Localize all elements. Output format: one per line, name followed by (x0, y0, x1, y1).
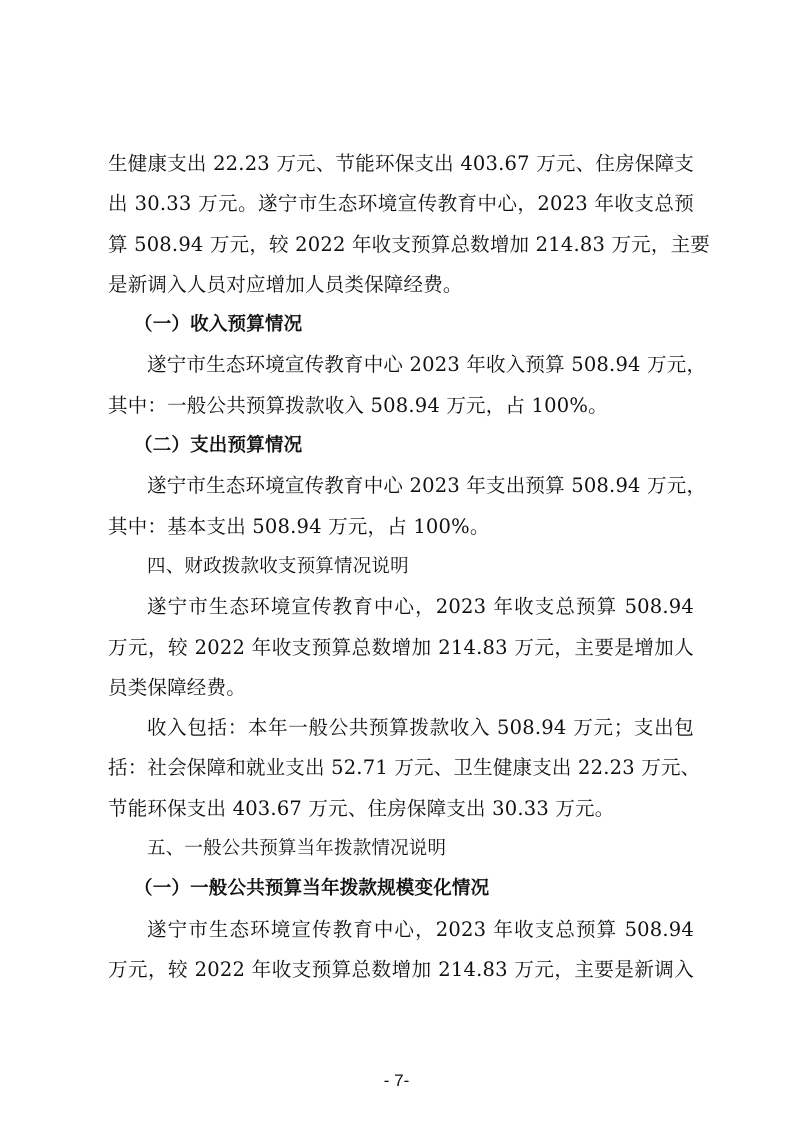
body-line: 遂宁市生态环境宣传教育中心 2023 年收入预算 508.94 万元， (108, 345, 694, 385)
body-line: 其中：一般公共预算拨款收入 508.94 万元，占 100%。 (108, 386, 694, 426)
body-line: 遂宁市生态环境宣传教育中心，2023 年收支总预算 508.94 (108, 587, 694, 627)
body-line: 是新调入人员对应增加人员类保障经费。 (108, 265, 694, 305)
body-line: 其中：基本支出 508.94 万元，占 100%。 (108, 507, 694, 547)
body-line: 括：社会保障和就业支出 52.71 万元、卫生健康支出 22.23 万元、 (108, 748, 694, 788)
heading-section-4: 四、财政拨款收支预算情况说明 (108, 547, 694, 587)
body-line: 遂宁市生态环境宣传教育中心 2023 年支出预算 508.94 万元， (108, 466, 694, 506)
body-line: 万元，较 2022 年收支预算总数增加 214.83 万元，主要是增加人 (108, 628, 694, 668)
heading-section-5: 五、一般公共预算当年拨款情况说明 (108, 829, 694, 869)
subheading-expenditure-budget: （二）支出预算情况 (108, 426, 694, 466)
subheading-appropriation-scale: （一）一般公共预算当年拨款规模变化情况 (108, 869, 694, 909)
body-line: 收入包括：本年一般公共预算拨款收入 508.94 万元；支出包 (108, 708, 694, 748)
body-line: 出 30.33 万元。遂宁市生态环境宣传教育中心，2023 年收支总预 (108, 184, 694, 224)
body-line: 员类保障经费。 (108, 668, 694, 708)
subheading-income-budget: （一）收入预算情况 (108, 305, 694, 345)
body-line: 万元，较 2022 年收支预算总数增加 214.83 万元，主要是新调入 (108, 950, 694, 990)
body-line: 生健康支出 22.23 万元、节能环保支出 403.67 万元、住房保障支 (108, 144, 694, 184)
body-line: 遂宁市生态环境宣传教育中心，2023 年收支总预算 508.94 (108, 910, 694, 950)
page-number: - 7- (0, 1071, 793, 1091)
body-line: 节能环保支出 403.67 万元、住房保障支出 30.33 万元。 (108, 789, 694, 829)
body-line: 算 508.94 万元，较 2022 年收支预算总数增加 214.83 万元，主… (108, 225, 694, 265)
document-page: 生健康支出 22.23 万元、节能环保支出 403.67 万元、住房保障支 出 … (108, 144, 694, 990)
